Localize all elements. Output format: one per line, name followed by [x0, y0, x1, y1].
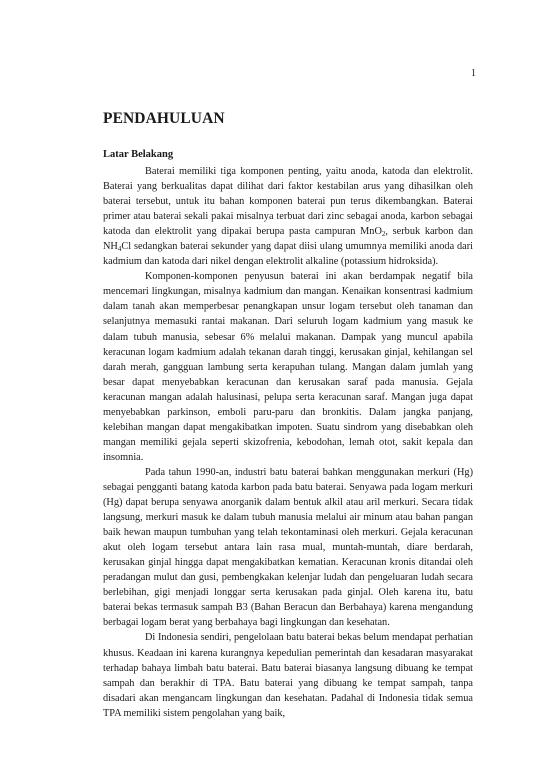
paragraph-4: Di Indonesia sendiri, pengelolaan batu b… [103, 630, 473, 720]
chapter-title: PENDAHULUAN [103, 110, 225, 128]
paragraph-2: Komponen-komponen penyusun baterai ini a… [103, 269, 473, 465]
paragraph-3: Pada tahun 1990-an, industri batu batera… [103, 465, 473, 631]
body-text: Baterai memiliki tiga komponen penting, … [103, 164, 473, 721]
document-page: 1 PENDAHULUAN Latar Belakang Baterai mem… [0, 0, 550, 777]
section-heading: Latar Belakang [103, 149, 173, 160]
paragraph-1-text-c: Cl sedangkan baterai sekunder yang dapat… [103, 241, 473, 267]
paragraph-1: Baterai memiliki tiga komponen penting, … [103, 164, 473, 269]
page-number: 1 [464, 68, 476, 79]
